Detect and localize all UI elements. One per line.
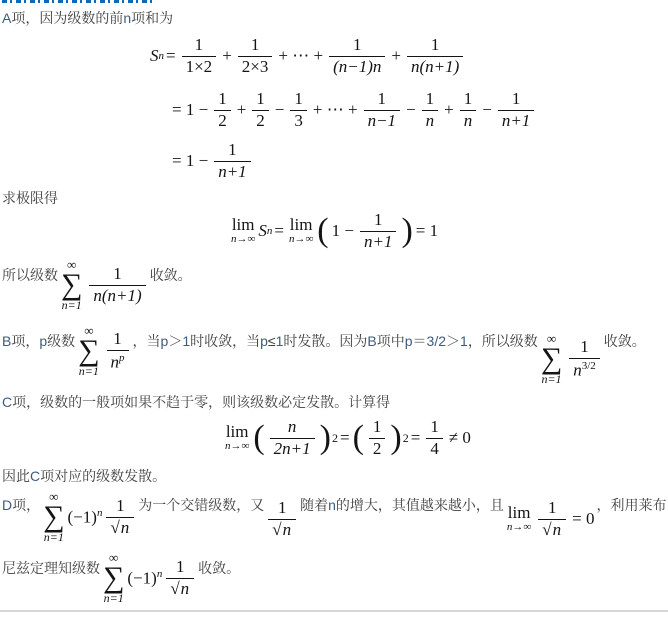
numerator: 1 xyxy=(422,89,439,110)
text-run: 级数 xyxy=(47,333,75,349)
denominator: 2 xyxy=(369,438,386,460)
fraction: 1√n xyxy=(166,557,194,599)
series-sum-alternating: ∞∑n=1 (−1)n 1√n xyxy=(100,551,198,605)
fraction: 12×3 xyxy=(238,35,273,77)
text-run: 为一个交错级数，又 xyxy=(138,490,264,515)
numerator: 1 xyxy=(107,329,129,350)
text-run: n xyxy=(123,10,131,26)
math-token: lim xyxy=(232,216,255,234)
text-run: 的增大，其值越来越小，且 xyxy=(336,497,504,513)
denominator: 2×3 xyxy=(238,56,273,78)
denominator: 2 xyxy=(214,110,231,132)
numerator: 1 xyxy=(106,496,134,517)
denominator: 2n+1 xyxy=(270,438,315,460)
math-token: n xyxy=(120,517,131,537)
math-token: S xyxy=(258,221,267,241)
text-run: 收敛。 xyxy=(150,258,192,285)
numerator: 1 xyxy=(268,498,296,519)
limit-operator: limn→∞ xyxy=(225,423,249,452)
numerator: 1 xyxy=(214,89,231,110)
numerator: 1 xyxy=(498,89,534,110)
denominator: n+1 xyxy=(360,231,396,253)
paragraph-d-conclusion: 尼兹定理知级数 ∞∑n=1 (−1)n 1√n 收敛。 xyxy=(2,551,668,611)
numerator: 1 xyxy=(329,35,385,56)
math-token: − xyxy=(275,100,285,120)
math-token: n xyxy=(573,360,582,379)
numerator: 1 xyxy=(238,35,273,56)
denominator: 4 xyxy=(426,438,443,460)
alternating-term: (−1)n xyxy=(68,507,103,528)
denominator: n−1 xyxy=(364,110,400,132)
denominator: 1×2 xyxy=(182,56,217,78)
sigma-operator: ∞∑n=1 xyxy=(43,490,64,544)
math-token: = xyxy=(166,46,176,66)
math-token: S xyxy=(150,46,159,66)
math-token: + ⋯ + xyxy=(313,100,358,120)
sigma-symbol: ∑ xyxy=(61,271,82,299)
math-token: = xyxy=(340,428,350,448)
math-token: (−1) xyxy=(127,568,156,587)
text-run: 随着 xyxy=(300,497,328,513)
text-run: ，所以级数 xyxy=(468,333,538,349)
math-token: n xyxy=(159,50,165,62)
fraction: 1n(n+1) xyxy=(89,264,145,306)
sigma-operator: ∞∑n=1 xyxy=(78,324,99,378)
fraction: 1n xyxy=(422,89,439,131)
math-token: + ⋯ + xyxy=(278,46,323,66)
radical-sign: √ xyxy=(170,579,179,598)
numerator: 1 xyxy=(364,89,400,110)
math-token: n→∞ xyxy=(289,234,313,246)
numerator: 1 xyxy=(407,35,463,56)
paragraph-a-intro: A项，因为级数的前n项和为 xyxy=(2,8,668,28)
math-token: p xyxy=(119,352,125,364)
numerator: n xyxy=(270,417,315,438)
option-c-label: C xyxy=(2,394,12,410)
radical-sign: √ xyxy=(110,518,119,537)
text-run: 项中 xyxy=(377,333,405,349)
math-token: + xyxy=(391,46,401,66)
fraction: 1n+1 xyxy=(214,140,250,182)
text-run: p xyxy=(405,333,413,349)
text-run: 项对应的级数发散。 xyxy=(40,468,166,484)
option-d-label: D xyxy=(2,497,12,513)
math-token: = 1 − xyxy=(172,151,208,171)
fraction: 1np xyxy=(107,329,129,373)
math-token: n xyxy=(552,519,563,539)
limit-operator: limn→∞ xyxy=(231,216,255,245)
text-run: 3/2 xyxy=(427,333,446,349)
sigma-symbol: ∑ xyxy=(78,337,99,365)
fraction: 1n xyxy=(460,89,477,131)
exponent: 2 xyxy=(403,431,409,446)
math-token: − xyxy=(482,100,492,120)
text-run: C xyxy=(30,468,40,484)
fraction-inv-sqrt: 1√n xyxy=(268,498,296,540)
fraction: 12 xyxy=(252,89,269,131)
math-token: n→∞ xyxy=(231,234,255,246)
limit-operator: limn→∞ xyxy=(507,504,531,533)
series-sum-alternating: ∞∑n=1 (−1)n 1√n xyxy=(40,490,138,544)
numerator: 1 xyxy=(538,498,566,519)
denominator: np xyxy=(107,350,129,373)
fraction: 1√n xyxy=(106,496,134,538)
text-run: ＞ xyxy=(168,333,182,349)
text-run: 时发散。因为 xyxy=(283,333,367,349)
paragraph-d: D项， ∞∑n=1 (−1)n 1√n 为一个交错级数，又 1√n 随着n的增大… xyxy=(2,490,668,547)
sigma-operator: ∞∑n=1 xyxy=(103,551,124,605)
sigma-operator: ∞∑n=1 xyxy=(61,258,82,312)
formula-partial-sum: Sn = 11×2 + 12×3 + ⋯ + 1(n−1)n + 1n(n+1) xyxy=(150,28,668,84)
text-run: ＝ xyxy=(413,333,427,349)
numerator: 1 xyxy=(460,89,477,110)
bottom-divider xyxy=(0,610,668,612)
limit-operator: limn→∞ xyxy=(289,216,313,245)
math-token: + xyxy=(237,100,247,120)
denominator: 2 xyxy=(252,110,269,132)
formula-telescoping: = 1 − 12 + 12 − 13 + ⋯ + 1n−1 − 1n + 1n … xyxy=(170,84,668,136)
math-token: lim xyxy=(290,216,313,234)
text-run: 项， xyxy=(11,333,39,349)
text-run: 尼兹定理知级数 xyxy=(2,551,100,578)
math-token: lim xyxy=(226,423,249,441)
math-token: (−1) xyxy=(68,507,97,526)
series-sum-p: ∞∑n=1 1np xyxy=(75,324,132,378)
text-run: B xyxy=(367,333,376,349)
math-token: 3/2 xyxy=(582,360,596,372)
text-run: 1 xyxy=(460,333,468,349)
text-run: ≤ xyxy=(268,333,276,349)
math-token: 1 − xyxy=(332,221,354,241)
denominator: (n−1)n xyxy=(329,56,385,78)
denominator: √n xyxy=(538,519,566,541)
denominator: √n xyxy=(166,578,194,600)
sum-lower-bound: n=1 xyxy=(62,299,82,312)
text-run: 项，因为级数的前 xyxy=(11,10,123,26)
text-run: 所以级数 xyxy=(2,258,58,285)
math-token: n→∞ xyxy=(507,522,531,534)
text-run: 项，级数的一般项如果不趋于零，则该级数必定发散。计算得 xyxy=(12,394,390,410)
fraction: 1n−1 xyxy=(364,89,400,131)
sum-lower-bound: n=1 xyxy=(104,592,124,605)
option-a-label: A xyxy=(2,10,11,26)
alternating-term: (−1)n xyxy=(127,568,162,589)
numerator: 1 xyxy=(166,557,194,578)
fraction: n2n+1 xyxy=(270,417,315,459)
denominator: √n xyxy=(106,517,134,539)
exponent: n xyxy=(97,507,103,519)
numerator: 1 xyxy=(569,337,600,358)
formula-limit-d: limn→∞ 1√n = 0 xyxy=(504,498,597,540)
math-token: n→∞ xyxy=(225,441,249,453)
numerator: 1 xyxy=(89,264,145,285)
formula-limit-c: limn→∞ ( n2n+1 )2 = ( 12 )2 = 14 ≠ 0 xyxy=(222,412,668,464)
radical-sign: √ xyxy=(272,520,281,539)
fraction: 1n+1 xyxy=(360,210,396,252)
cropped-text-remnant xyxy=(2,0,152,3)
text-run: p xyxy=(39,333,47,349)
fraction: 14 xyxy=(426,417,443,459)
fraction: 1n3/2 xyxy=(569,337,600,381)
denominator: n xyxy=(422,110,439,132)
paragraph-limit-label: 求极限得 xyxy=(2,188,668,208)
math-token: = xyxy=(411,428,421,448)
fraction: 13 xyxy=(290,89,307,131)
option-b-label: B xyxy=(2,333,11,349)
sum-lower-bound: n=1 xyxy=(541,373,561,386)
text-run: 时收敛，当 xyxy=(190,333,260,349)
fraction: 11×2 xyxy=(182,35,217,77)
math-token: + xyxy=(444,100,454,120)
math-token: lim xyxy=(508,504,531,522)
denominator: n3/2 xyxy=(569,358,600,381)
sum-lower-bound: n=1 xyxy=(79,365,99,378)
text-run: 项和为 xyxy=(131,10,173,26)
paragraph-c-intro: C项，级数的一般项如果不趋于零，则该级数必定发散。计算得 xyxy=(2,392,668,412)
numerator: 1 xyxy=(182,35,217,56)
numerator: 1 xyxy=(214,140,250,161)
denominator: n xyxy=(460,110,477,132)
fraction: 1n(n+1) xyxy=(407,35,463,77)
sum-lower-bound: n=1 xyxy=(44,531,64,544)
text-run: p xyxy=(260,333,268,349)
math-token: n xyxy=(180,578,191,598)
sigma-symbol: ∑ xyxy=(43,503,64,531)
paragraph-a-conclusion: 所以级数 ∞∑n=1 1n(n+1) 收敛。 xyxy=(2,258,668,320)
math-token: + xyxy=(222,46,232,66)
fraction: 1(n−1)n xyxy=(329,35,385,77)
text-run: 项， xyxy=(12,497,40,513)
series-sum-3-2: ∞∑n=1 1n3/2 xyxy=(538,332,604,386)
fraction: 12 xyxy=(369,417,386,459)
text-run: n xyxy=(328,497,336,513)
formula-limit-sn: limn→∞ Sn = limn→∞ ( 1 − 1n+1 ) = 1 xyxy=(228,208,668,254)
denominator: n+1 xyxy=(214,161,250,183)
fraction: 12 xyxy=(214,89,231,131)
fraction: 1n+1 xyxy=(498,89,534,131)
text-run: ＞ xyxy=(446,333,460,349)
sigma-symbol: ∑ xyxy=(103,564,124,592)
denominator: √n xyxy=(268,519,296,541)
math-token: ≠ 0 xyxy=(449,428,471,448)
math-token: n xyxy=(111,352,120,371)
series-sum-a: ∞∑n=1 1n(n+1) xyxy=(58,258,150,312)
math-token: = 1 − xyxy=(172,100,208,120)
numerator: 1 xyxy=(290,89,307,110)
formula-sum-result: = 1 − 1n+1 xyxy=(170,136,668,186)
radical-sign: √ xyxy=(542,520,551,539)
math-token: = 1 xyxy=(416,221,438,241)
sigma-symbol: ∑ xyxy=(541,345,562,373)
numerator: 1 xyxy=(252,89,269,110)
text-run: ，利用莱布 xyxy=(596,490,666,515)
exponent: 2 xyxy=(332,431,338,446)
paragraph-c-result: 因此C项对应的级数发散。 xyxy=(2,466,668,486)
numerator: 1 xyxy=(426,417,443,438)
text-run: 收敛。 xyxy=(198,551,240,578)
math-token: − xyxy=(406,100,416,120)
exponent: n xyxy=(157,568,163,580)
text-run: ，当 xyxy=(133,333,161,349)
text-run: 1 xyxy=(182,333,190,349)
math-token: = xyxy=(274,221,284,241)
denominator: n+1 xyxy=(498,110,534,132)
denominator: n(n+1) xyxy=(89,285,145,307)
paragraph-b: B项，p级数 ∞∑n=1 1np ，当p＞1时收敛，当p≤1时发散。因为B项中p… xyxy=(2,324,668,390)
denominator: 3 xyxy=(290,110,307,132)
text-run: 因此 xyxy=(2,468,30,484)
sigma-operator: ∞∑n=1 xyxy=(541,332,562,386)
math-token: n xyxy=(282,519,293,539)
numerator: 1 xyxy=(369,417,386,438)
text-run: 收敛。 xyxy=(604,324,646,351)
fraction: 1√n xyxy=(538,498,566,540)
numerator: 1 xyxy=(360,210,396,231)
denominator: n(n+1) xyxy=(407,56,463,78)
math-token: = 0 xyxy=(572,509,594,529)
math-token: n xyxy=(267,225,273,237)
